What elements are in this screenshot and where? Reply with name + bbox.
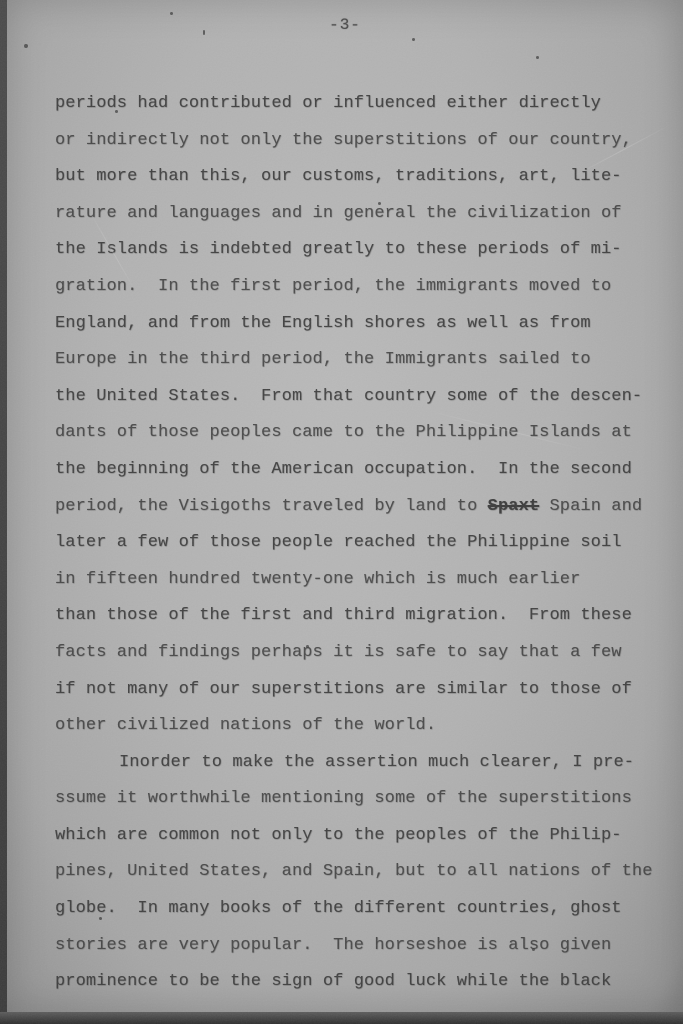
paper-speck: [24, 44, 28, 48]
text-line: Europe in the third period, the Immigran…: [55, 342, 667, 379]
text-line: globe. In many books of the different co…: [55, 891, 667, 928]
page-number: -3-: [7, 16, 683, 34]
text-line: periods had contributed or influenced ei…: [55, 86, 667, 123]
text-line: in fifteen hundred twenty-one which is m…: [55, 562, 667, 599]
paper-speck: [306, 645, 309, 648]
text-line: the Islands is indebted greatly to these…: [55, 232, 667, 269]
text-line: if not many of our superstitions are sim…: [55, 672, 667, 709]
struck-out-word: Spaxt: [488, 497, 540, 516]
paper-speck: [170, 12, 173, 15]
paper-speck: [378, 202, 381, 205]
text-line: the beginning of the American occupation…: [55, 452, 667, 489]
typewritten-text-block: periods had contributed or influenced ei…: [55, 86, 667, 1001]
text-line-with-strikeout: period, the Visigoths traveled by land t…: [55, 489, 667, 526]
paper-speck: [536, 56, 539, 59]
text-line: prominence to be the sign of good luck w…: [55, 964, 667, 1001]
text-line: the United States. From that country som…: [55, 379, 667, 416]
text-line: England, and from the English shores as …: [55, 306, 667, 343]
text-line: stories are very popular. The horseshoe …: [55, 928, 667, 965]
paper-speck: [99, 917, 102, 920]
paper-speck: [412, 38, 415, 41]
text-line: than those of the first and third migrat…: [55, 598, 667, 635]
paper-speck: [532, 948, 535, 951]
paragraph-start-line: Inorder to make the assertion much clear…: [55, 745, 667, 782]
paper-speck: [115, 110, 118, 113]
text-line: which are common not only to the peoples…: [55, 818, 667, 855]
text-line: later a few of those people reached the …: [55, 525, 667, 562]
text-line: gration. In the first period, the immigr…: [55, 269, 667, 306]
document-photo: -3- periods had contributed or influence…: [0, 0, 683, 1024]
text-line: pines, United States, and Spain, but to …: [55, 854, 667, 891]
text-line: ssume it worthwhile mentioning some of t…: [55, 781, 667, 818]
text-line: facts and findings perhaps it is safe to…: [55, 635, 667, 672]
text-line: or indirectly not only the superstitions…: [55, 123, 667, 160]
paper-speck: [203, 30, 205, 35]
text-segment: period, the Visigoths traveled by land t…: [55, 497, 488, 516]
text-line: other civilized nations of the world.: [55, 708, 667, 745]
text-segment: Spain and: [539, 497, 642, 516]
paper-page: -3- periods had contributed or influence…: [7, 0, 683, 1012]
text-line: but more than this, our customs, traditi…: [55, 159, 667, 196]
photo-edge: [0, 1012, 683, 1024]
text-line: rature and languages and in general the …: [55, 196, 667, 233]
